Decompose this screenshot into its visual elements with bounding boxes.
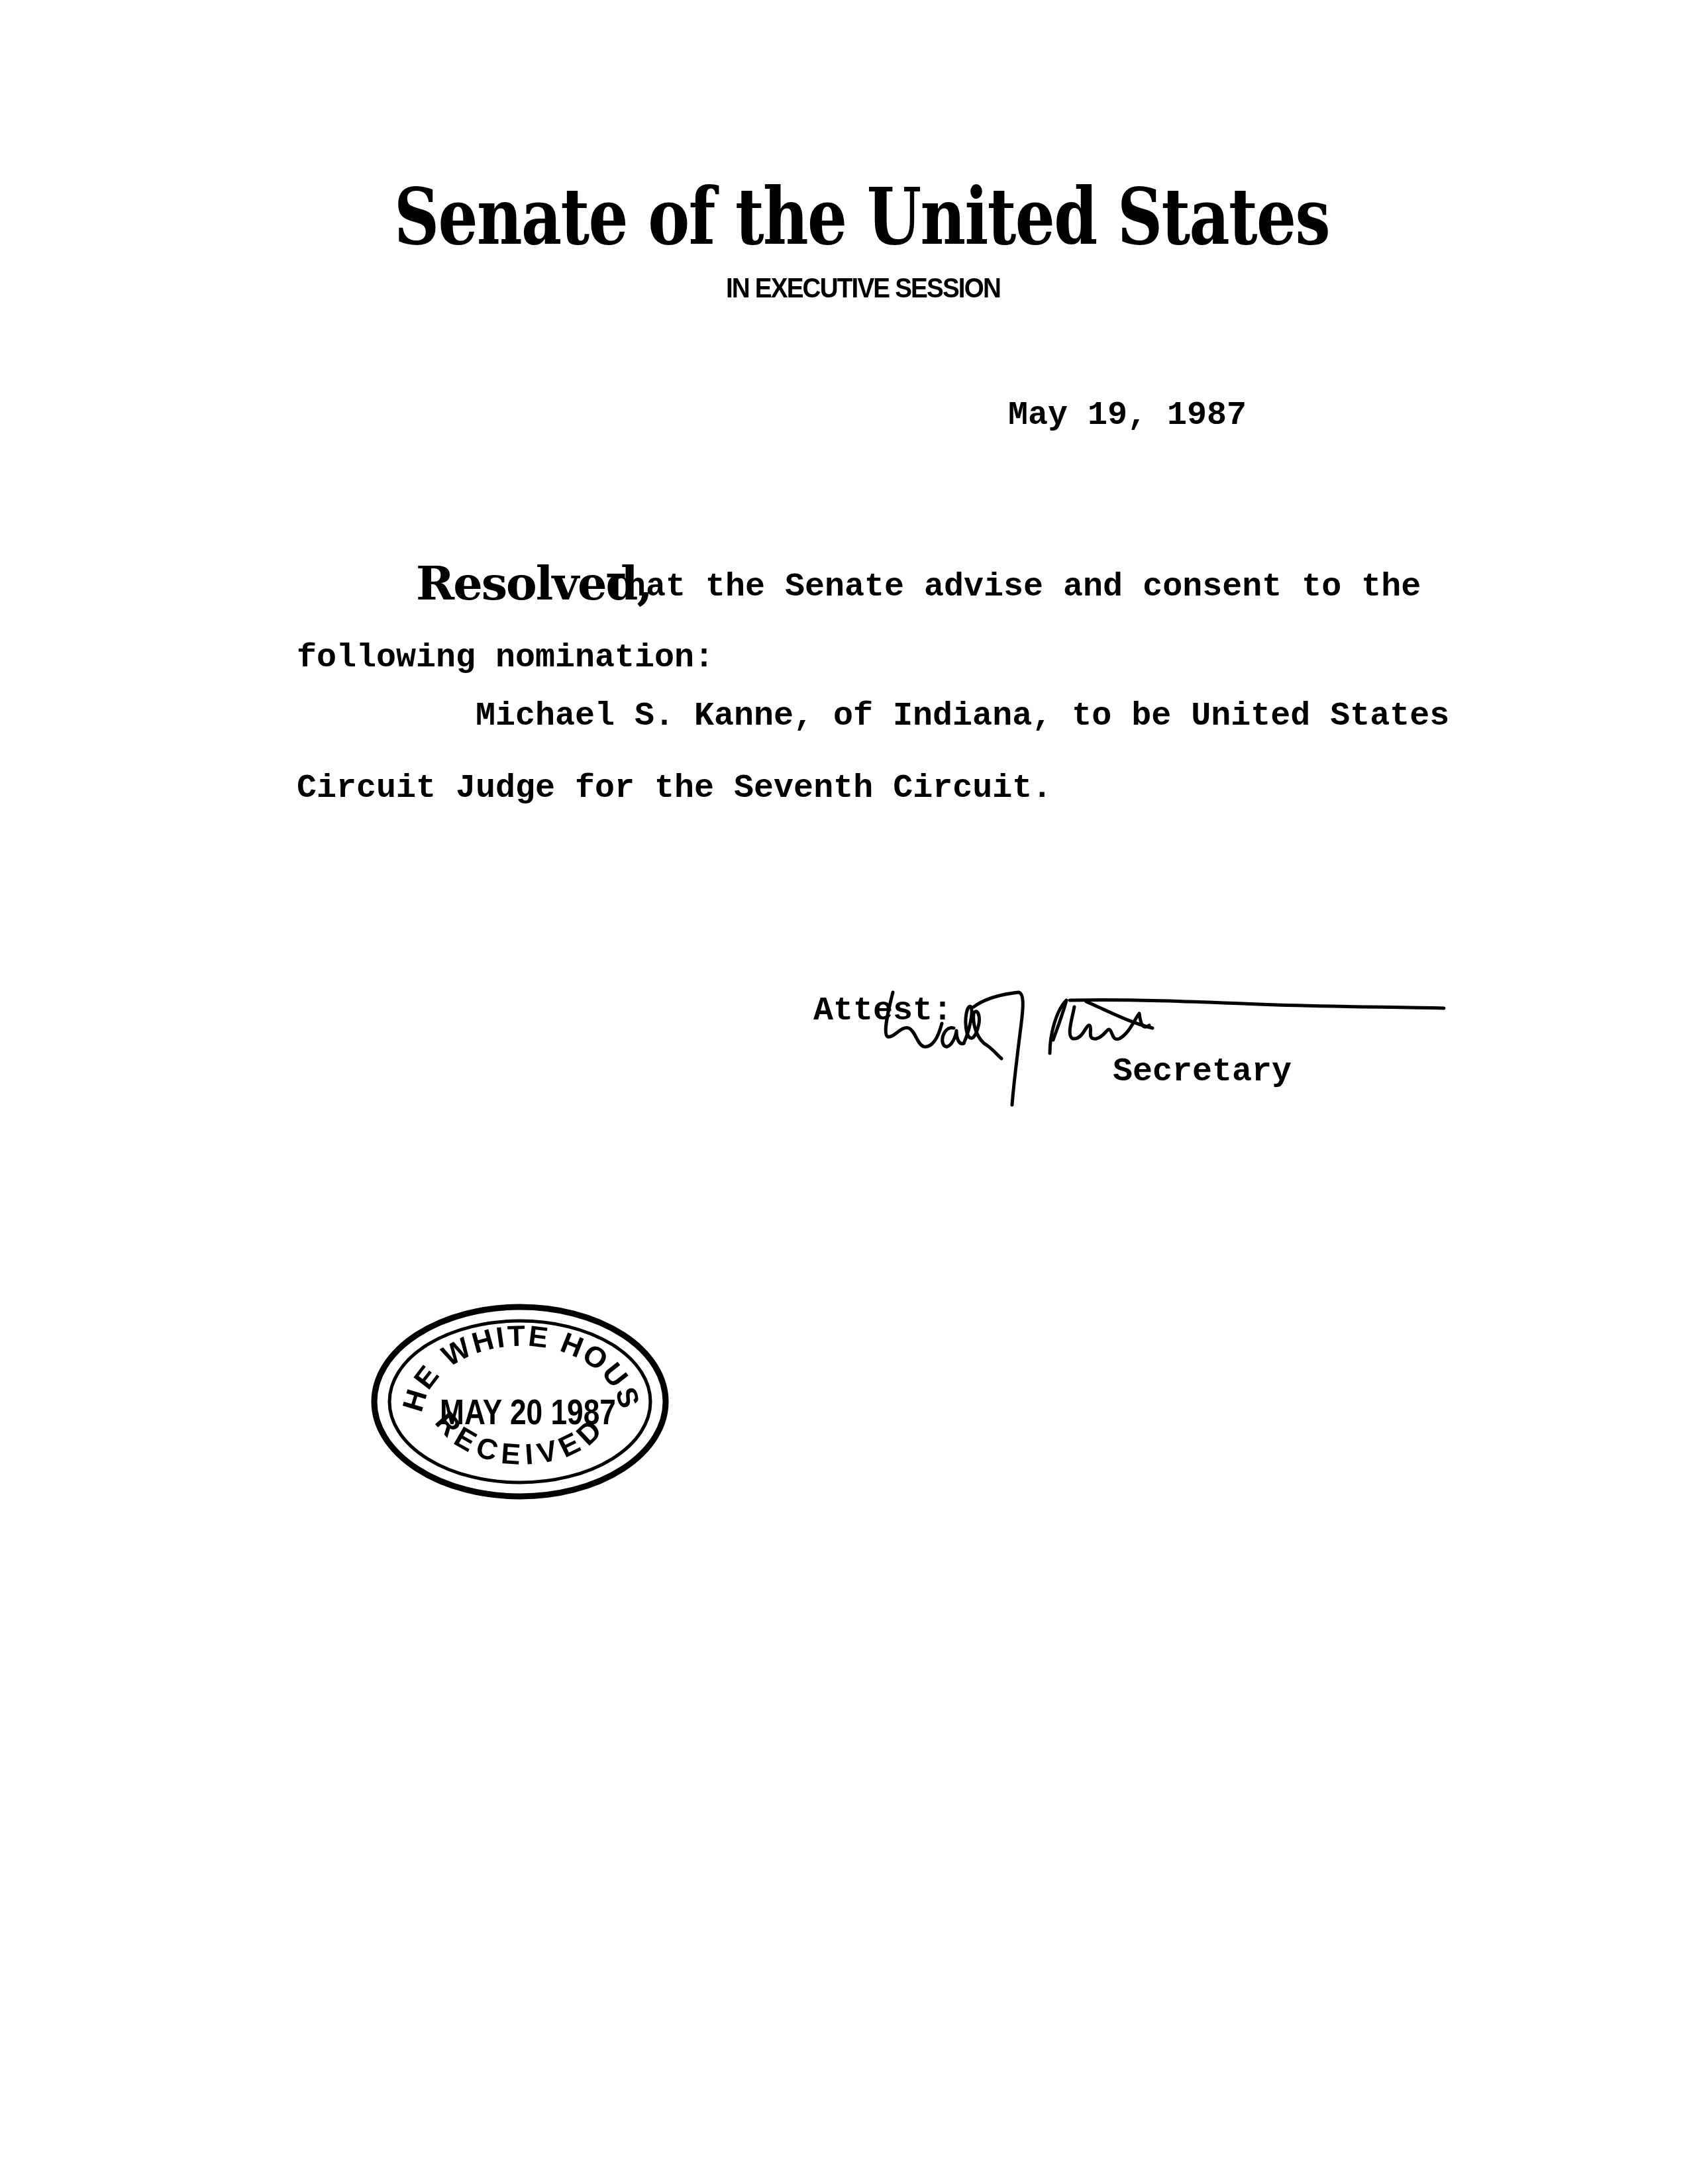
stamp-top-text: THE WHITE HOUSE — [0, 0, 646, 1415]
white-house-received-stamp: THE WHITE HOUSE MAY 20 1987 RECEIVED — [0, 0, 1689, 2184]
